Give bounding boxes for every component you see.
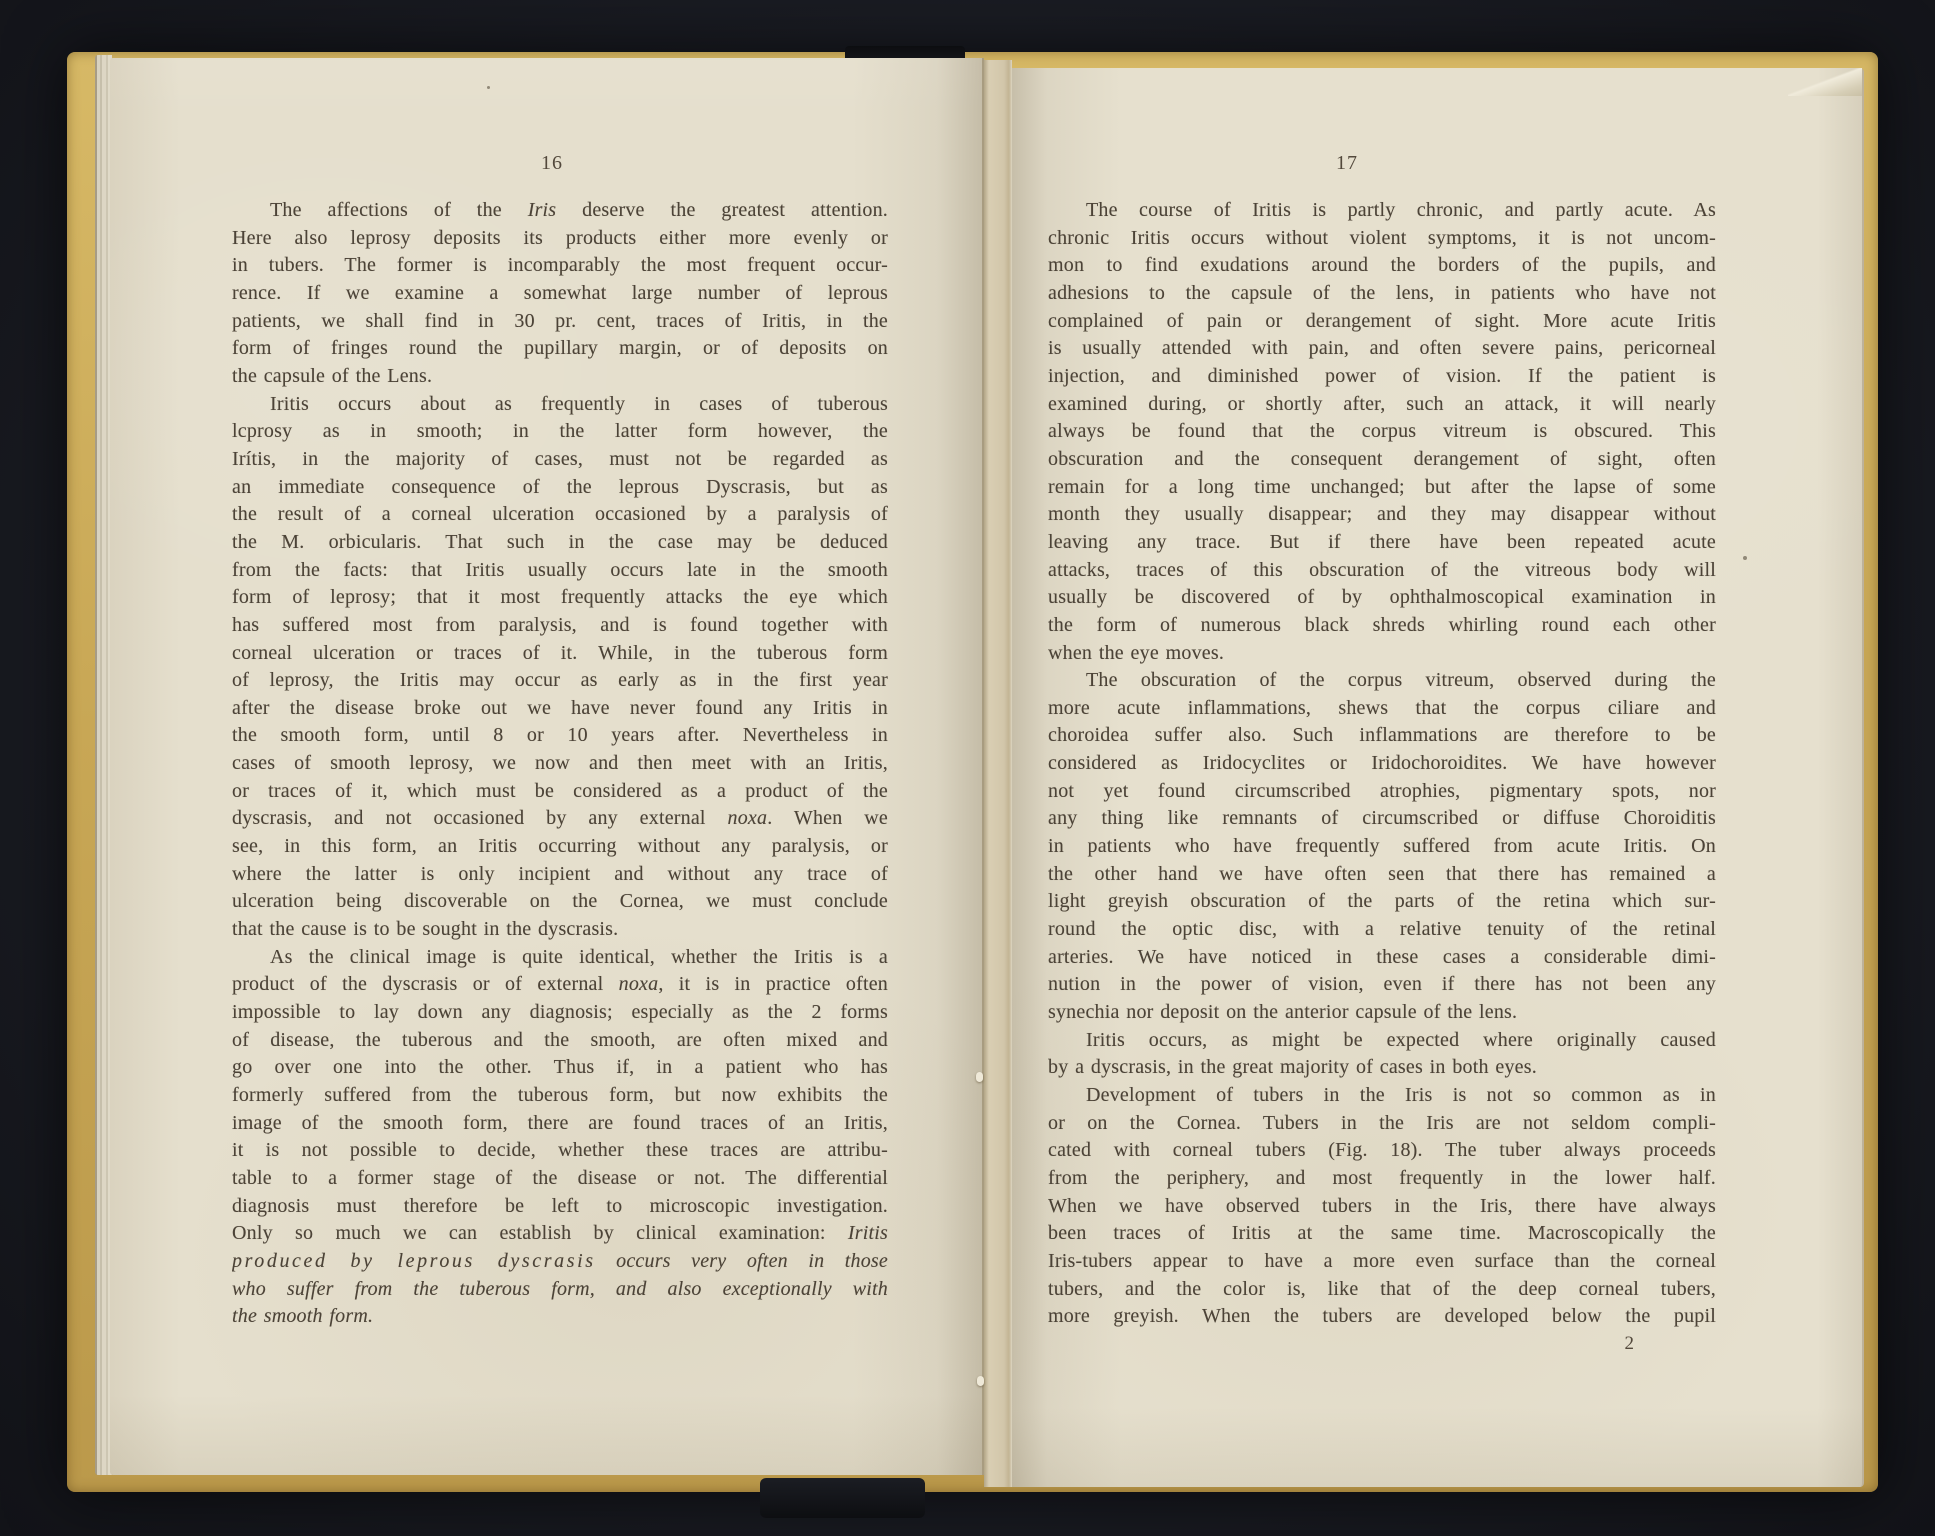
text-line: patients, we shall find in 30 pr. cent, … (232, 308, 888, 336)
text-line: the form of numerous black shreds whirli… (1048, 612, 1716, 640)
text-line: leaving any trace. But if there have bee… (1048, 529, 1716, 557)
text-line: any thing like remnants of circumscribed… (1048, 805, 1716, 833)
binding-gutter (984, 60, 1012, 1487)
text-line: more acute inflammations, shews that the… (1048, 695, 1716, 723)
text-line: Iritis occurs, as might be expected wher… (1048, 1027, 1716, 1055)
text-line: rence. If we examine a somewhat large nu… (232, 280, 888, 308)
text-line: the smooth form. (232, 1303, 888, 1331)
text-line: more greyish. When the tubers are develo… (1048, 1303, 1716, 1331)
binding-stitch (976, 1072, 983, 1082)
dog-ear-fold (1788, 68, 1862, 96)
text-line: from the periphery, and most frequently … (1048, 1165, 1716, 1193)
text-line: cases of smooth leprosy, we now and then… (232, 750, 888, 778)
text-line: tubers, and the color is, like that of t… (1048, 1276, 1716, 1304)
text-line: ulceration being discoverable on the Cor… (232, 888, 888, 916)
photograph-scene: { "scene": { "background_color": "#1a1c2… (0, 0, 1935, 1536)
text-line: has suffered most from paralysis, and is… (232, 612, 888, 640)
text-line: an immediate consequence of the leprous … (232, 474, 888, 502)
text-line: in patients who have frequently suffered… (1048, 833, 1716, 861)
text-line: the other hand we have often seen that t… (1048, 861, 1716, 889)
text-line: nution in the power of vision, even if t… (1048, 971, 1716, 999)
text-line: produced by leprous dyscrasis occurs ver… (232, 1248, 888, 1276)
text-line: where the latter is only incipient and w… (232, 861, 888, 889)
text-line: considered as Iridocyclites or Iridochor… (1048, 750, 1716, 778)
paper-speck (1743, 556, 1747, 560)
binding-stitch (977, 1376, 984, 1386)
text-line: go over one into the other. Thus if, in … (232, 1054, 888, 1082)
text-line: after the disease broke out we have neve… (232, 695, 888, 723)
text-line: see, in this form, an Iritis occurring w… (232, 833, 888, 861)
text-line: The course of Iritis is partly chronic, … (1048, 197, 1716, 225)
text-line: complained of pain or derangement of sig… (1048, 308, 1716, 336)
text-line: formerly suffered from the tuberous form… (232, 1082, 888, 1110)
text-line: chronic Iritis occurs without violent sy… (1048, 225, 1716, 253)
text-line: of leprosy, the Iritis may occur as earl… (232, 667, 888, 695)
text-line: mon to find exudations around the border… (1048, 252, 1716, 280)
text-line: from the facts: that Iritis usually occu… (232, 557, 888, 585)
text-line: form of fringes round the pupillary marg… (232, 335, 888, 363)
text-line: product of the dyscrasis or of external … (232, 971, 888, 999)
text-line: Iris-tubers appear to have a more even s… (1048, 1248, 1716, 1276)
book-spine-bottom (760, 1478, 925, 1518)
text-line: usually be discovered of by ophthalmosco… (1048, 584, 1716, 612)
text-line: diagnosis must therefore be left to micr… (232, 1193, 888, 1221)
page-number-left: 16 (232, 148, 872, 178)
text-line: light greyish obscuration of the parts o… (1048, 888, 1716, 916)
signature-mark: 2 (1048, 1330, 1716, 1358)
text-line: form of leprosy; that it most frequently… (232, 584, 888, 612)
right-page-text: The course of Iritis is partly chronic, … (1048, 197, 1716, 1331)
text-line: obscuration and the consequent derangeme… (1048, 446, 1716, 474)
text-line: impossible to lay down any diagnosis; es… (232, 999, 888, 1027)
text-line: Iritis occurs about as frequently in cas… (232, 391, 888, 419)
text-line: lcprosy as in smooth; in the latter form… (232, 418, 888, 446)
text-line: choroidea suffer also. Such inflammation… (1048, 722, 1716, 750)
text-line: or traces of it, which must be considere… (232, 778, 888, 806)
text-line: the M. orbicularis. That such in the cas… (232, 529, 888, 557)
text-line: The affections of the Iris deserve the g… (232, 197, 888, 225)
left-page-text: The affections of the Iris deserve the g… (232, 197, 888, 1331)
text-line: adhesions to the capsule of the lens, in… (1048, 280, 1716, 308)
text-line: injection, and diminished power of visio… (1048, 363, 1716, 391)
text-line: by a dyscrasis, in the great majority of… (1048, 1054, 1716, 1082)
text-line: who suffer from the tuberous form, and a… (232, 1276, 888, 1304)
text-line: in tubers. The former is incomparably th… (232, 252, 888, 280)
text-line: month they usually disappear; and they m… (1048, 501, 1716, 529)
text-line: attacks, traces of this obscuration of t… (1048, 557, 1716, 585)
text-line: When we have observed tubers in the Iris… (1048, 1193, 1716, 1221)
text-line: dyscrasis, and not occasioned by any ext… (232, 805, 888, 833)
text-line: the capsule of the Lens. (232, 363, 888, 391)
text-line: always be found that the corpus vitreum … (1048, 418, 1716, 446)
text-line: the result of a corneal ulceration occas… (232, 501, 888, 529)
paper-speck (487, 86, 490, 89)
text-line: image of the smooth form, there are foun… (232, 1110, 888, 1138)
text-line: synechia nor deposit on the anterior cap… (1048, 999, 1716, 1027)
text-line: it is not possible to decide, whether th… (232, 1137, 888, 1165)
text-line: Here also leprosy deposits its products … (232, 225, 888, 253)
text-line: or on the Cornea. Tubers in the Iris are… (1048, 1110, 1716, 1138)
page-number-right: 17 (1013, 148, 1681, 178)
text-line: arteries. We have noticed in these cases… (1048, 944, 1716, 972)
text-line: not yet found circumscribed atrophies, p… (1048, 778, 1716, 806)
text-line: the smooth form, until 8 or 10 years aft… (232, 722, 888, 750)
text-line: Development of tubers in the Iris is not… (1048, 1082, 1716, 1110)
text-line: been traces of Iritis at the same time. … (1048, 1220, 1716, 1248)
text-line: Irítis, in the majority of cases, must n… (232, 446, 888, 474)
text-line: round the optic disc, with a relative te… (1048, 916, 1716, 944)
text-line: cated with corneal tubers (Fig. 18). The… (1048, 1137, 1716, 1165)
text-line: Only so much we can establish by clinica… (232, 1220, 888, 1248)
text-line: table to a former stage of the disease o… (232, 1165, 888, 1193)
text-line: examined during, or shortly after, such … (1048, 391, 1716, 419)
text-line: The obscuration of the corpus vitreum, o… (1048, 667, 1716, 695)
text-line: of disease, the tuberous and the smooth,… (232, 1027, 888, 1055)
text-line: when the eye moves. (1048, 640, 1716, 668)
text-line: As the clinical image is quite identical… (232, 944, 888, 972)
text-line: remain for a long time unchanged; but af… (1048, 474, 1716, 502)
text-line: is usually attended with pain, and often… (1048, 335, 1716, 363)
text-line: corneal ulceration or traces of it. Whil… (232, 640, 888, 668)
text-line: that the cause is to be sought in the dy… (232, 916, 888, 944)
